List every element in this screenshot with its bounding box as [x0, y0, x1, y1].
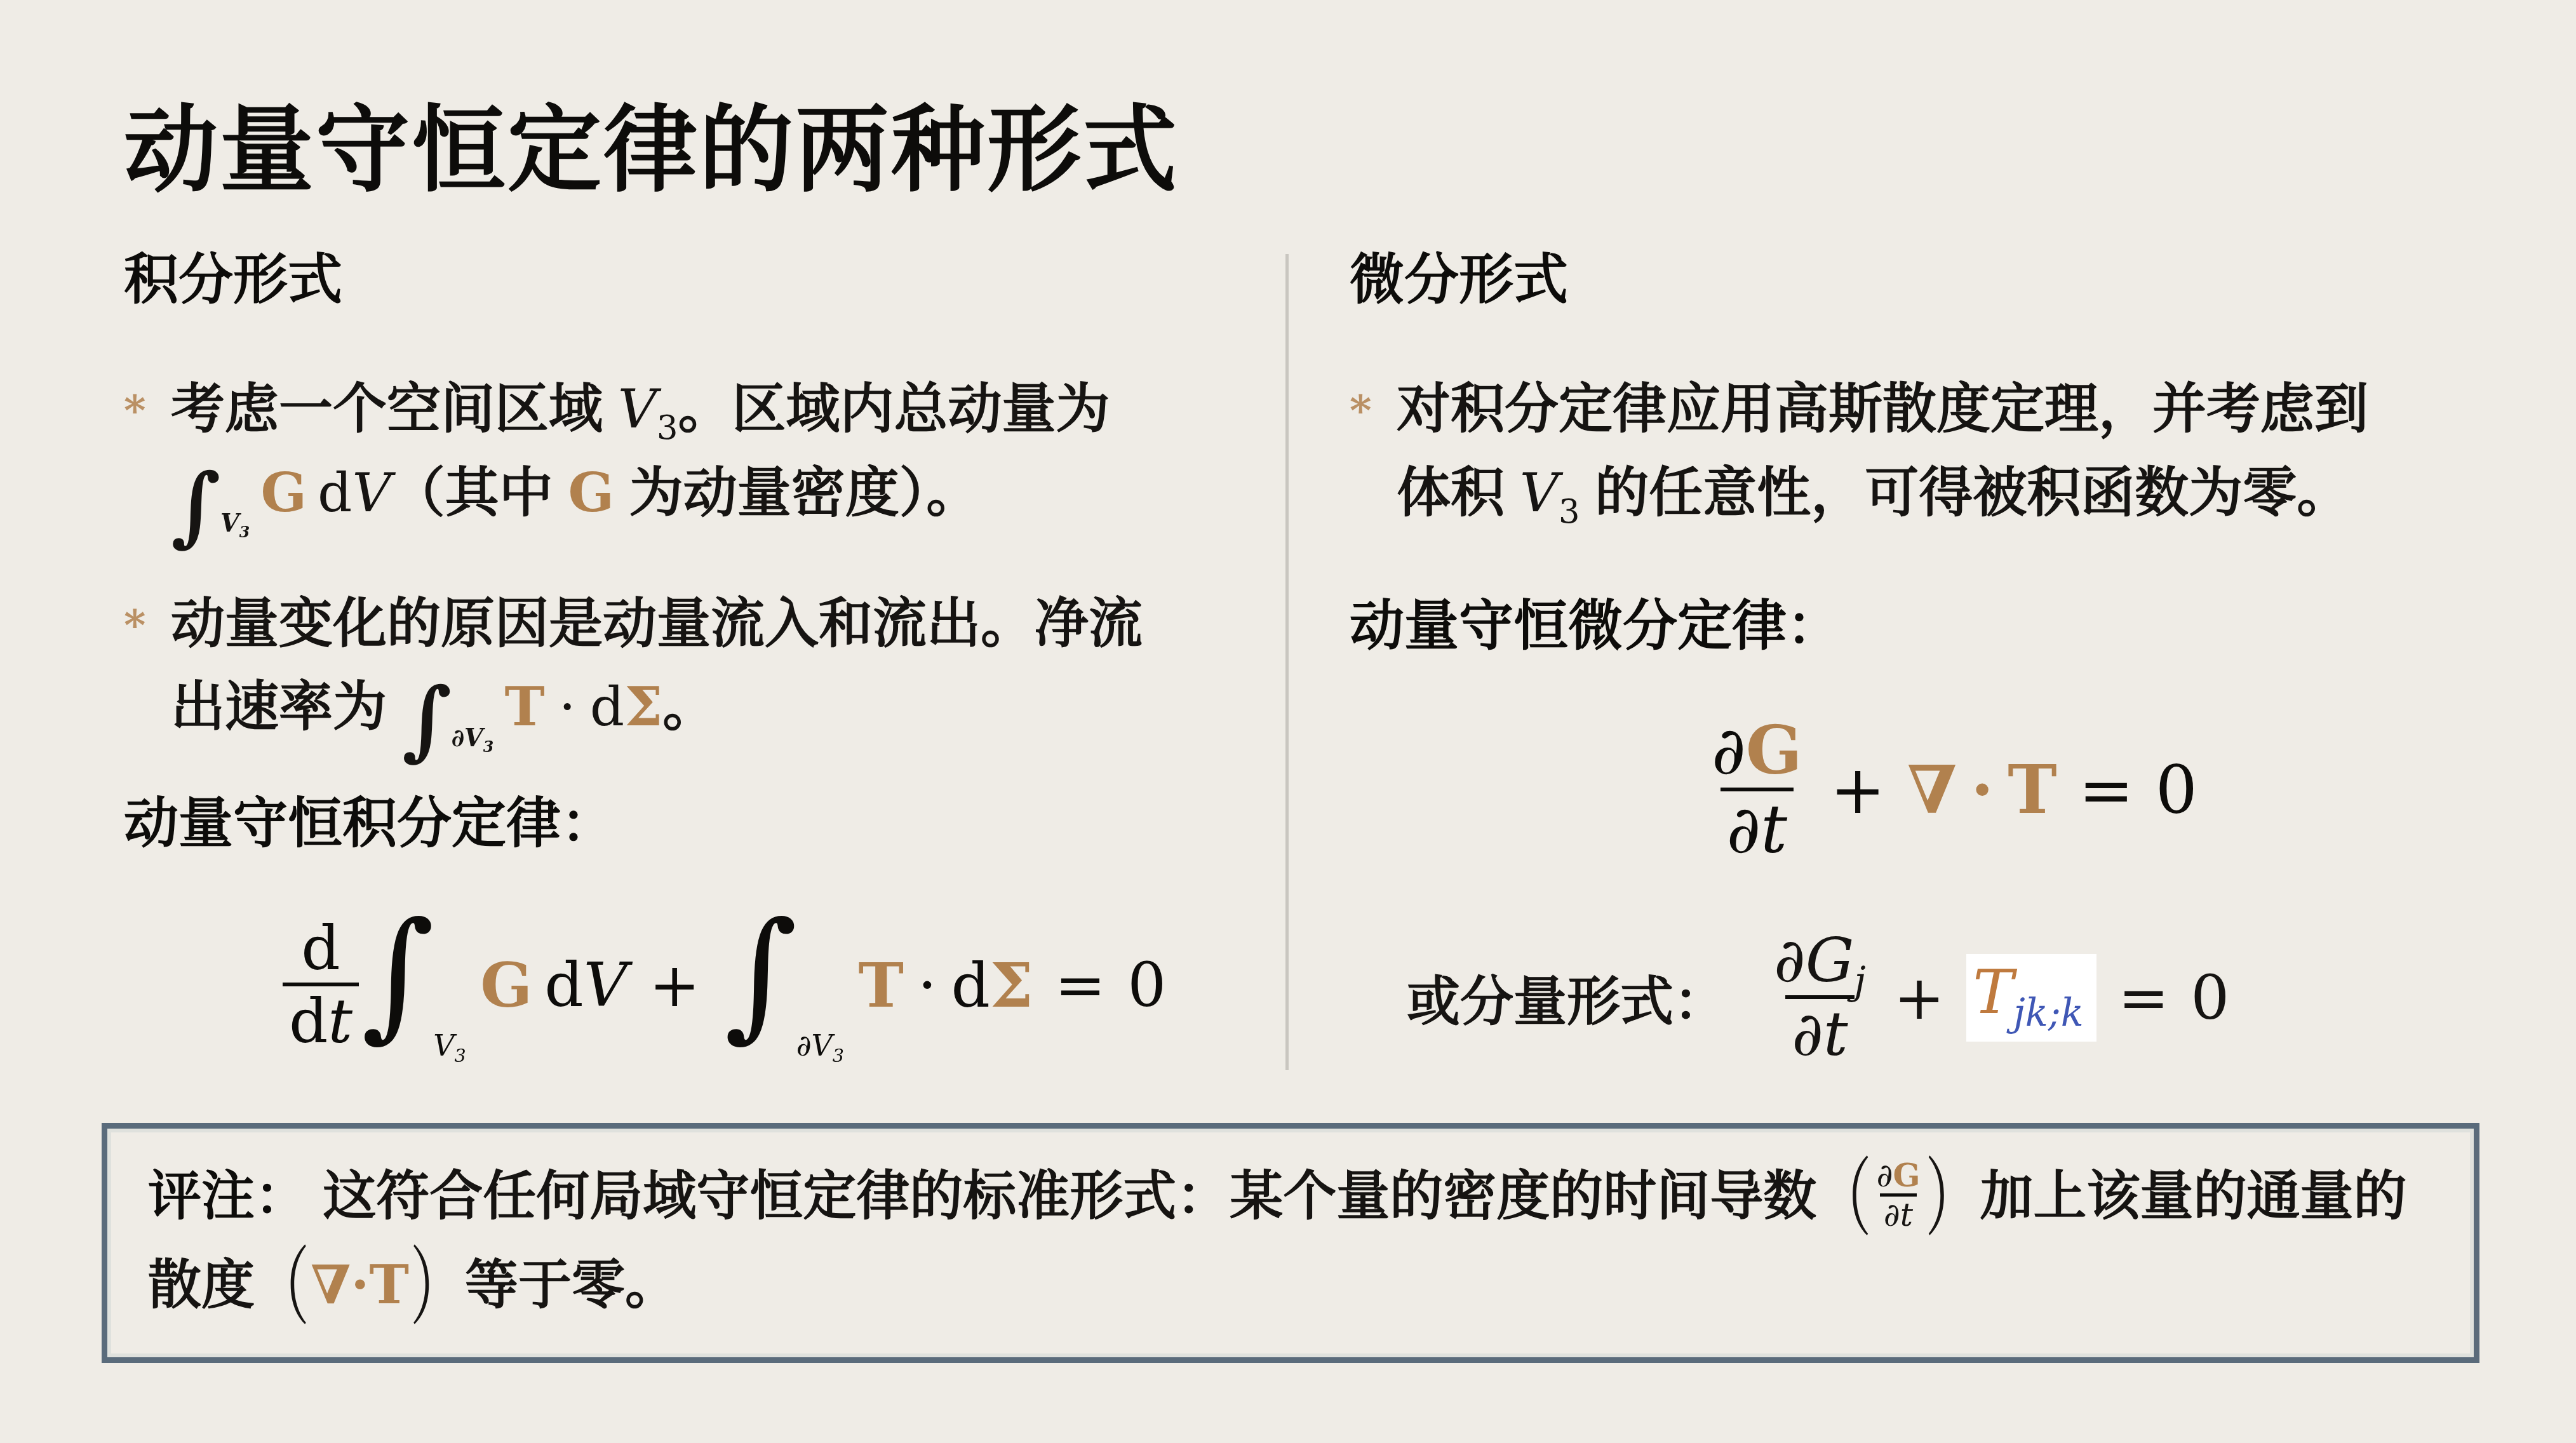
- frac-den: ∂t: [1880, 1193, 1917, 1232]
- plus-operator: +: [1894, 962, 1945, 1033]
- math-boundary-V: ∂V: [796, 1028, 833, 1063]
- surface-integral: ∫∂V3: [725, 911, 856, 1059]
- math-G: G: [1806, 925, 1855, 996]
- text-run: （其中: [391, 463, 568, 523]
- math-zero: 0: [2156, 751, 2197, 829]
- math-sub-j: j: [1854, 960, 1865, 1004]
- integral-law-formula: d dt ∫V3 G dV + ∫∂V3 T · dΣ = 0: [283, 911, 1261, 1059]
- math-sub3: 3: [239, 523, 250, 541]
- math-dot: ·: [1971, 751, 1994, 829]
- math-V: V: [1520, 462, 1559, 525]
- text-run: 对积分定律应用高斯散度定理，并考虑到: [1397, 379, 2368, 440]
- bullet-asterisk-icon: *: [124, 604, 152, 779]
- bullet-line-1: 动量变化的原因是动量流入和流出。净流: [171, 582, 1261, 666]
- math-dot: ·: [918, 950, 937, 1021]
- open-paren: （: [256, 1218, 309, 1357]
- text-run: 为动量密度）。: [614, 463, 980, 523]
- plus-operator: +: [649, 950, 700, 1021]
- math-Sigma-accent: Σ: [990, 950, 1033, 1021]
- close-paren: ）: [410, 1218, 464, 1357]
- nabla-icon: ∇: [1907, 751, 1957, 829]
- bullet-momentum-flux: * 动量变化的原因是动量流入和流出。净流 出速率为 ∫∂V3T·dΣ。: [124, 582, 1261, 758]
- bullet-line-2: ∫V3G dV（其中 G 为动量密度）。: [171, 452, 1261, 543]
- differential-form-column: 微分形式 * 对积分定律应用高斯散度定理，并考虑到 体积 V3 的任意性，可得被…: [1350, 253, 2493, 1068]
- math-V: V: [220, 509, 239, 538]
- highlighted-tensor-term: Tjk;k: [1966, 954, 2096, 1042]
- text-run: 。: [662, 677, 716, 737]
- math-t: t: [1761, 791, 1787, 868]
- text-run: 动量变化的原因是动量流入和流出。净流: [171, 594, 1143, 654]
- math-V-sub3: 3: [657, 408, 678, 447]
- math-sub3: 3: [483, 737, 494, 755]
- text-run: 的任意性，可得被积函数为零。: [1580, 463, 2351, 523]
- math-sub3: 3: [455, 1045, 466, 1066]
- close-paren: ）: [1926, 1129, 1979, 1268]
- math-dSigma: dΣ: [951, 950, 1033, 1021]
- frac-num: ∂G: [1872, 1158, 1924, 1193]
- math-T-accent: T: [2008, 751, 2056, 829]
- bullet-text: 考虑一个空间区域 V3。区域内总动量为 ∫V3G dV（其中 G 为动量密度）。: [171, 368, 1261, 543]
- differential-form-heading: 微分形式: [1350, 253, 2493, 307]
- math-dot: ·: [351, 1253, 369, 1316]
- plus-operator: +: [1830, 751, 1886, 829]
- differential-law-formula: ∂G ∂t + ∇ · T = 0: [1705, 714, 2493, 867]
- component-form-row: 或分量形式： ∂Gj ∂t + Tjk;k = 0: [1407, 927, 2493, 1068]
- math-d: d: [544, 950, 583, 1021]
- bullet-line-1: 考虑一个空间区域 V3。区域内总动量为: [171, 368, 1261, 452]
- math-G-accent: G: [480, 950, 532, 1021]
- integral-icon: ∫: [402, 669, 452, 770]
- column-divider: [1285, 254, 1289, 1070]
- math-Sigma-accent: Σ: [624, 675, 662, 739]
- math-T-accent: T: [504, 675, 544, 739]
- frac-num: ∂Gj: [1768, 927, 1872, 995]
- math-G-accent: G: [1893, 1157, 1920, 1194]
- equals-sign: =: [2079, 751, 2134, 829]
- nabla-icon: ∇: [311, 1253, 351, 1316]
- integral-law-heading: 动量守恒积分定律：: [124, 796, 1261, 851]
- remark-text: 等于零。: [465, 1255, 678, 1315]
- math-sub3: 3: [1559, 492, 1580, 531]
- math-boundary-V: ∂V: [452, 724, 483, 753]
- inline-dGdt-fraction: ∂G∂t: [1872, 1158, 1924, 1232]
- component-form-formula: ∂Gj ∂t + Tjk;k = 0: [1768, 927, 2229, 1068]
- integral-limit: ∂V3: [452, 724, 494, 753]
- remark-box: 评注： 这符合任何局域守恒定律的标准形式：某个量的密度的时间导数（∂G∂t）加上…: [102, 1123, 2479, 1363]
- equals-sign: =: [2118, 962, 2169, 1033]
- bullet-line-1: 对积分定律应用高斯散度定理，并考虑到: [1397, 368, 2493, 452]
- bullet-gauss-theorem: * 对积分定律应用高斯散度定理，并考虑到 体积 V3 的任意性，可得被积函数为零…: [1350, 368, 2493, 535]
- math-zero: 0: [1127, 950, 1166, 1021]
- math-partial: ∂: [1774, 925, 1806, 996]
- math-G-accent: G: [568, 461, 614, 525]
- math-V: V: [618, 378, 657, 441]
- math-t: t: [1823, 998, 1848, 1070]
- math-partial: ∂: [1792, 998, 1823, 1070]
- math-partial: ∂: [1876, 1157, 1893, 1194]
- math-sub3: 3: [833, 1045, 844, 1066]
- text-run: 。区域内总动量为: [678, 379, 1110, 440]
- remark-label: 评注：: [148, 1166, 308, 1226]
- integral-icon: ∫: [171, 455, 221, 556]
- bullet-line-2: 出速率为 ∫∂V3T·dΣ。: [171, 666, 1261, 757]
- math-d: d: [951, 950, 989, 1021]
- math-T-highlight: T: [1973, 956, 2013, 1028]
- math-d: d: [590, 676, 624, 739]
- frac-num: ∂G: [1705, 714, 1809, 788]
- bullet-line-2: 体积 V3 的任意性，可得被积函数为零。: [1397, 452, 2493, 535]
- integral-limit: V3: [433, 1028, 466, 1063]
- component-form-label: 或分量形式：: [1407, 959, 1727, 1036]
- math-dV: dV: [544, 950, 627, 1021]
- text-run: 考虑一个空间区域: [171, 379, 618, 440]
- text-run: 出速率为: [171, 677, 402, 737]
- bullet-asterisk-icon: *: [124, 389, 152, 565]
- dGdt-fraction: ∂G ∂t: [1705, 714, 1809, 867]
- equals-sign: =: [1055, 950, 1106, 1021]
- ddt-fraction: d dt: [283, 915, 359, 1056]
- bullet-region-momentum: * 考虑一个空间区域 V3。区域内总动量为 ∫V3G dV（其中 G 为动量密度…: [124, 368, 1261, 543]
- open-paren: （: [1818, 1129, 1871, 1268]
- integral-form-column: 积分形式 * 考虑一个空间区域 V3。区域内总动量为 ∫V3G dV（其中 G …: [124, 253, 1261, 1059]
- math-partial: ∂: [1727, 791, 1761, 868]
- frac-den: dt: [283, 983, 359, 1056]
- math-V: V: [584, 950, 627, 1021]
- math-sub-jkk: jk;k: [2013, 991, 2084, 1035]
- bullet-asterisk-icon: *: [1350, 389, 1378, 557]
- bullet-text: 动量变化的原因是动量流入和流出。净流 出速率为 ∫∂V3T·dΣ。: [171, 582, 1261, 758]
- dGjdt-fraction: ∂Gj ∂t: [1768, 927, 1872, 1068]
- math-V: V: [433, 1028, 454, 1063]
- math-G-accent: G: [260, 461, 307, 525]
- integral-form-heading: 积分形式: [124, 253, 1261, 307]
- bullet-text: 对积分定律应用高斯散度定理，并考虑到 体积 V3 的任意性，可得被积函数为零。: [1397, 368, 2493, 535]
- slide: 动量守恒定律的两种形式 积分形式 * 考虑一个空间区域 V3。区域内总动量为 ∫…: [0, 0, 2576, 1443]
- math-G-accent: G: [1746, 711, 1802, 789]
- differential-law-heading: 动量守恒微分定律：: [1350, 599, 2493, 654]
- math-T-accent: T: [370, 1253, 410, 1316]
- frac-den: ∂t: [1721, 788, 1794, 866]
- remark-text: 这符合任何局域守恒定律的标准形式：某个量的密度的时间导数: [323, 1166, 1816, 1226]
- text-run: 体积: [1397, 463, 1520, 523]
- math-partial: ∂: [1884, 1196, 1900, 1233]
- math-dot: ·: [559, 676, 576, 739]
- math-T-accent: T: [858, 950, 903, 1021]
- frac-num: d: [295, 915, 346, 983]
- integral-icon: ∫: [725, 892, 798, 1056]
- integral-limit: ∂V3: [796, 1028, 844, 1063]
- volume-integral: ∫V3: [361, 911, 478, 1059]
- integral-icon: ∫: [361, 892, 434, 1056]
- math-V: V: [352, 462, 391, 525]
- page-title: 动量守恒定律的两种形式: [124, 75, 1179, 210]
- math-partial: ∂: [1712, 712, 1746, 789]
- math-d: d: [318, 462, 352, 525]
- frac-den: ∂t: [1785, 995, 1854, 1069]
- math-zero: 0: [2190, 962, 2229, 1033]
- math-t: t: [1900, 1196, 1913, 1233]
- math-d: d: [289, 986, 328, 1057]
- integral-limit: V3: [220, 509, 250, 538]
- math-t: t: [328, 986, 352, 1057]
